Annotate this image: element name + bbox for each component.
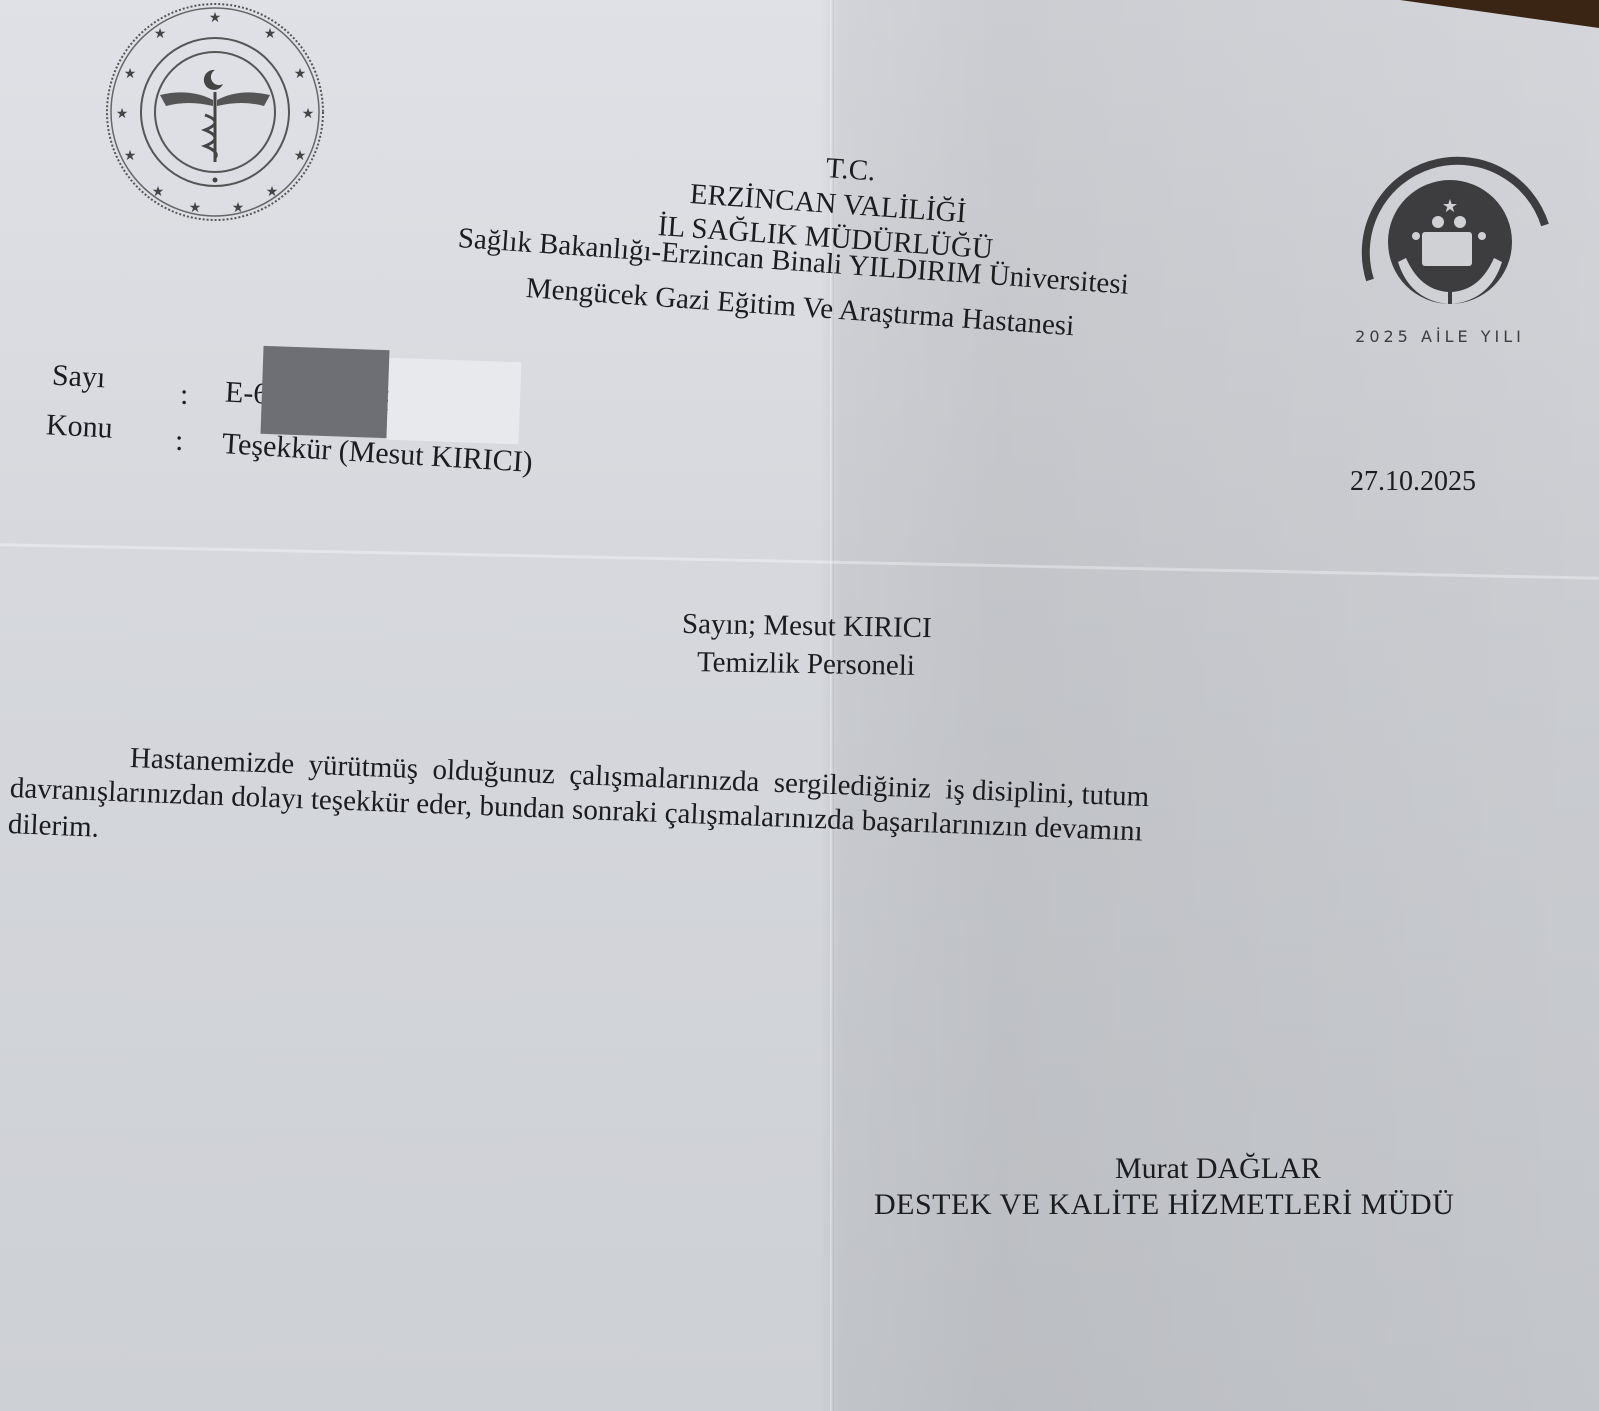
- recipient-name: Sayın; Mesut KIRICI: [682, 608, 932, 645]
- svg-text:★: ★: [232, 201, 245, 216]
- svg-text:★: ★: [294, 67, 307, 82]
- redaction-block: [261, 346, 390, 438]
- redaction-block: [387, 358, 522, 445]
- konu-separator: :: [175, 424, 183, 458]
- svg-text:★: ★: [266, 185, 279, 200]
- svg-text:★: ★: [264, 27, 277, 42]
- recipient-title: Temizlik Personeli: [697, 646, 915, 683]
- header-tc: T.C.: [825, 152, 877, 188]
- document-date: 27.10.2025: [1350, 466, 1476, 498]
- svg-text:★: ★: [124, 67, 137, 82]
- sayi-label: Sayı: [51, 359, 106, 396]
- svg-text:★: ★: [294, 149, 307, 164]
- svg-text:★: ★: [152, 185, 165, 200]
- konu-label: Konu: [45, 408, 113, 445]
- svg-text:★: ★: [116, 107, 129, 122]
- body-line-3: dilerim.: [7, 808, 99, 845]
- svg-text:★: ★: [1442, 196, 1458, 216]
- svg-text:★: ★: [189, 201, 202, 216]
- signatory-title: DESTEK VE KALİTE HİZMETLERİ MÜDÜ: [874, 1188, 1454, 1222]
- family-year-logo-icon: ★ 2025 AİLE YILI: [1340, 150, 1555, 355]
- svg-text:2025 AİLE YILI: 2025 AİLE YILI: [1355, 327, 1525, 346]
- ministry-of-health-seal-icon: ★★★ ★★★ ★★★ ★★★★: [100, 0, 330, 225]
- svg-text:★: ★: [124, 149, 137, 164]
- svg-text:★: ★: [302, 107, 315, 122]
- signatory-name: Murat DAĞLAR: [1115, 1152, 1321, 1186]
- svg-text:★: ★: [154, 27, 167, 42]
- svg-text:★: ★: [209, 11, 222, 26]
- sayi-separator: :: [180, 378, 188, 412]
